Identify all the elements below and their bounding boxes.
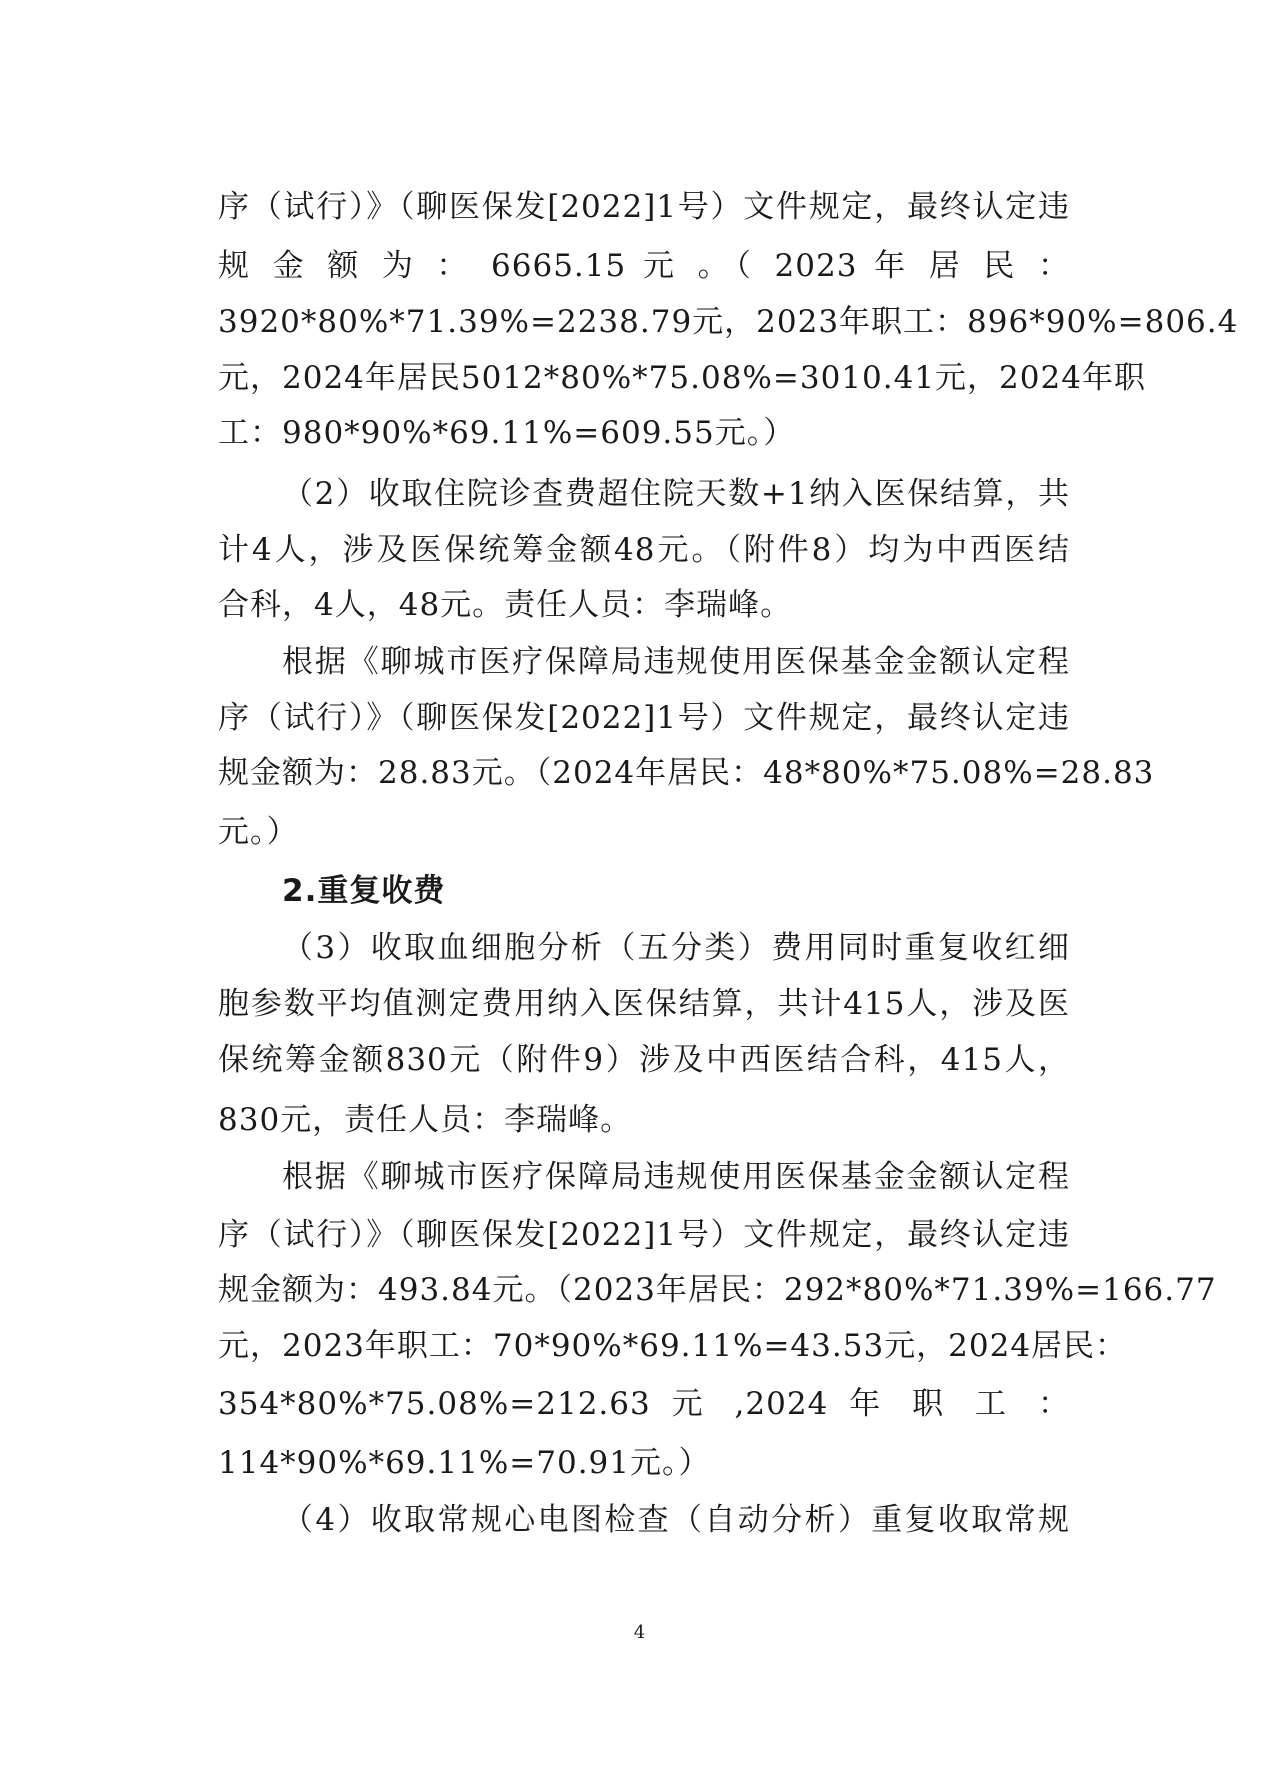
text-line: 序（试行）》（聊医保发[2022]1号）文件规定，最终认定违 [218,698,1070,738]
text-line: 114*90%*69.11%=70.91元。） [218,1443,1070,1483]
text-line: 规 金 额 为 ： 6665.15 元 。（ 2023 年 居 民 ： [218,246,1070,286]
text-line: 序（试行）》（聊医保发[2022]1号）文件规定，最终认定违 [218,187,1070,227]
text-line: 元。） [218,812,1070,852]
text-line: （3）收取血细胞分析（五分类）费用同时重复收红细 [282,928,1070,968]
text-line: 序（试行）》（聊医保发[2022]1号）文件规定，最终认定违 [218,1215,1070,1255]
text-line: 元，2023年职工：70*90%*69.11%=43.53元，2024居民： [218,1326,1070,1366]
text-line: 胞参数平均值测定费用纳入医保结算，共计415人，涉及医 [218,984,1070,1024]
text-line: 计4人，涉及医保统筹金额48元。（附件8）均为中西医结 [218,530,1070,570]
text-line: （2）收取住院诊查费超住院天数+1纳入医保结算，共 [282,474,1070,514]
page-number: 4 [0,1622,1279,1643]
text-line: 合科，4人，48元。责任人员：李瑞峰。 [218,585,1070,625]
text-line: 根据《聊城市医疗保障局违规使用医保基金金额认定程 [282,642,1070,682]
section-heading: 2.重复收费 [282,871,1070,911]
text-line: 保统筹金额830元（附件9）涉及中西医结合科，415人， [218,1040,1070,1080]
text-line: 规金额为：493.84元。（2023年居民：292*80%*71.39%=166… [218,1270,1070,1310]
document-page: 序（试行）》（聊医保发[2022]1号）文件规定，最终认定违 规 金 额 为 ：… [0,0,1279,1777]
text-line: 根据《聊城市医疗保障局违规使用医保基金金额认定程 [282,1157,1070,1197]
text-line: （4）收取常规心电图检查（自动分析）重复收取常规 [282,1500,1070,1540]
text-line: 3920*80%*71.39%=2238.79元，2023年职工：896*90%… [218,302,1070,342]
text-line: 规金额为：28.83元。（2024年居民：48*80%*75.08%=28.83 [218,753,1070,793]
text-line: 工：980*90%*69.11%=609.55元。） [218,413,1070,453]
text-line: 元，2024年居民5012*80%*75.08%=3010.41元，2024年职 [218,358,1070,398]
text-line: 354*80%*75.08%=212.63 元 ,2024 年 职 工 ： [218,1384,1070,1424]
text-line: 830元，责任人员：李瑞峰。 [218,1100,1070,1140]
